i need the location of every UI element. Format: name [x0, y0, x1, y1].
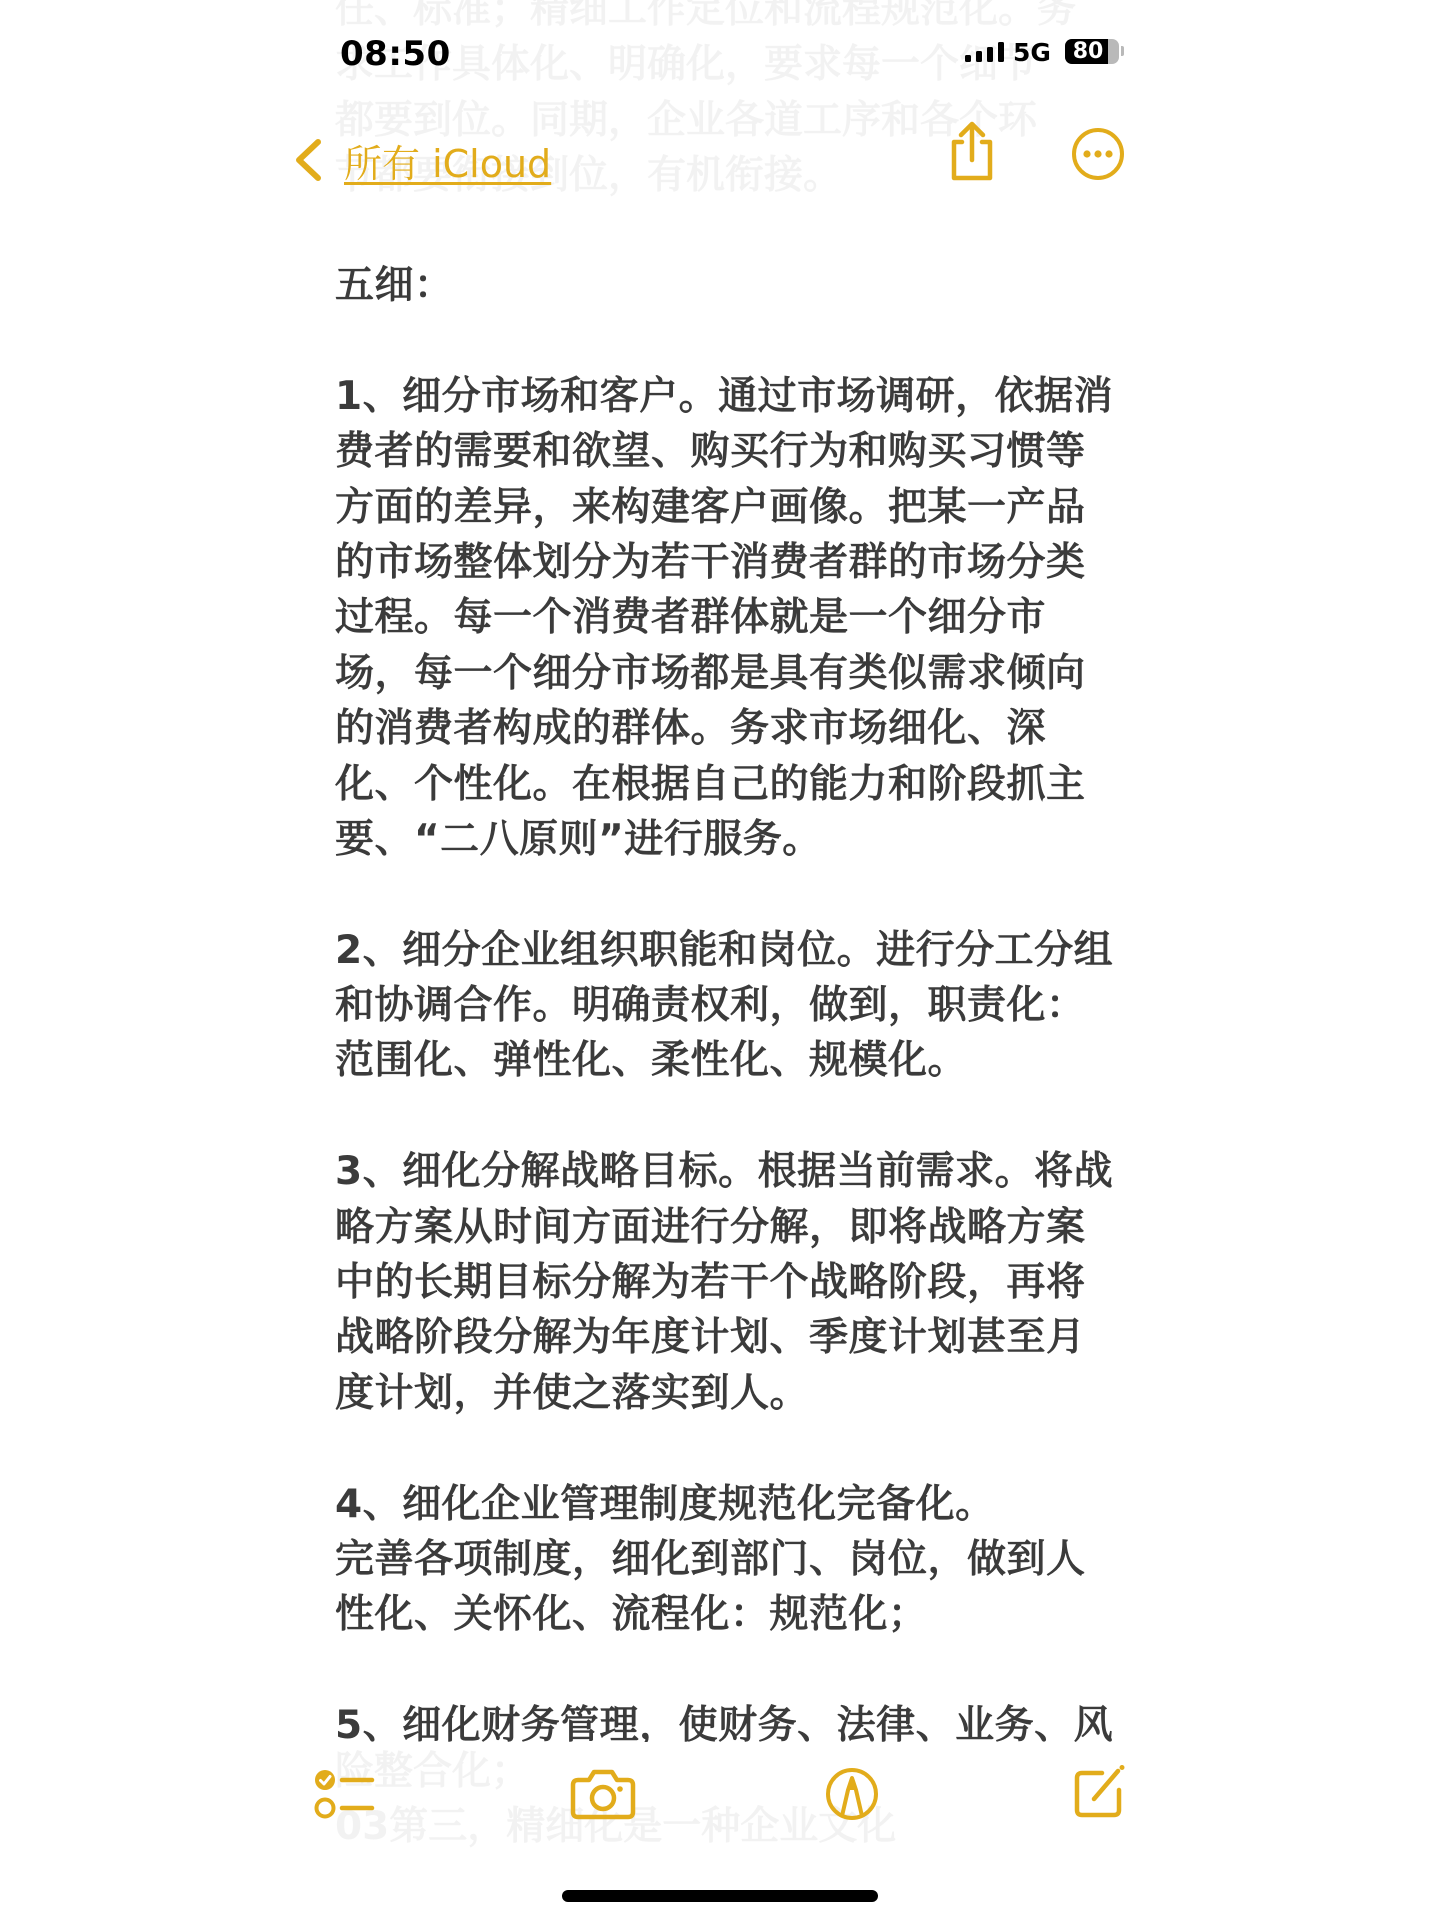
note-paragraph-5: 5、细化财务管理，使财务、法律、业务、风 — [335, 1698, 1135, 1742]
note-line: 1、细分市场和客户。通过市场调研，依据消 — [335, 369, 1135, 424]
note-scroll-area[interactable]: 五细： 1、细分市场和客户。通过市场调研，依据消 费者的需要和欲望、购买行为和购… — [0, 0, 1440, 1742]
note-line: 要、“二八原则”进行服务。 — [335, 812, 1135, 867]
note-line: 费者的需要和欲望、购买行为和购买习惯等 — [335, 424, 1135, 479]
note-line: 场，每一个细分市场都是具有类似需求倾向 — [335, 646, 1135, 701]
note-line: 性化、关怀化、流程化：规范化； — [335, 1587, 1135, 1642]
note-title: 五细： — [335, 258, 1135, 313]
note-line: 略方案从时间方面进行分解，即将战略方案 — [335, 1200, 1135, 1255]
note-line: 完善各项制度，细化到部门、岗位，做到人 — [335, 1532, 1135, 1587]
note-line: 2、细分企业组织职能和岗位。进行分工分组 — [335, 923, 1135, 978]
note-line: 过程。每一个消费者群体就是一个细分市 — [335, 590, 1135, 645]
blank-line — [335, 867, 1135, 922]
note-line: 战略阶段分解为年度计划、季度计划甚至月 — [335, 1310, 1135, 1365]
note-line: 的消费者构成的群体。务求市场细化、深 — [335, 701, 1135, 756]
note-line: 5、细化财务管理，使财务、法律、业务、风 — [335, 1698, 1135, 1742]
note-paragraph-2: 2、细分企业组织职能和岗位。进行分工分组 和协调合作。明确责权利，做到，职责化：… — [335, 923, 1135, 1089]
note-line: 的市场整体划分为若干消费者群的市场分类 — [335, 535, 1135, 590]
note-line: 和协调合作。明确责权利，做到，职责化： — [335, 978, 1135, 1033]
home-indicator[interactable] — [562, 1890, 878, 1902]
blank-line — [335, 1643, 1135, 1698]
note-line: 化、个性化。在根据自己的能力和阶段抓主 — [335, 757, 1135, 812]
note-line: 范围化、弹性化、柔性化、规模化。 — [335, 1033, 1135, 1088]
note-line: 3、细化分解战略目标。根据当前需求。将战 — [335, 1144, 1135, 1199]
note-paragraph-4: 4、细化企业管理制度规范化完备化。 完善各项制度，细化到部门、岗位，做到人 性化… — [335, 1477, 1135, 1643]
camera-icon[interactable] — [570, 1768, 636, 1820]
markup-pen-icon[interactable] — [824, 1766, 880, 1822]
compose-icon[interactable] — [1072, 1764, 1128, 1820]
note-paragraph-1: 1、细分市场和客户。通过市场调研，依据消 费者的需要和欲望、购买行为和购买习惯等… — [335, 369, 1135, 868]
bottom-toolbar — [0, 1750, 1440, 1840]
checklist-icon[interactable] — [314, 1768, 378, 1822]
note-content[interactable]: 五细： 1、细分市场和客户。通过市场调研，依据消 费者的需要和欲望、购买行为和购… — [335, 258, 1135, 1742]
blank-line — [335, 313, 1135, 368]
note-line: 中的长期目标分解为若干个战略阶段，再将 — [335, 1255, 1135, 1310]
note-line: 方面的差异，来构建客户画像。把某一产品 — [335, 480, 1135, 535]
note-line: 度计划，并使之落实到人。 — [335, 1366, 1135, 1421]
note-paragraph-3: 3、细化分解战略目标。根据当前需求。将战 略方案从时间方面进行分解，即将战略方案… — [335, 1144, 1135, 1421]
blank-line — [335, 1089, 1135, 1144]
blank-line — [335, 1421, 1135, 1476]
note-line: 4、细化企业管理制度规范化完备化。 — [335, 1477, 1135, 1532]
